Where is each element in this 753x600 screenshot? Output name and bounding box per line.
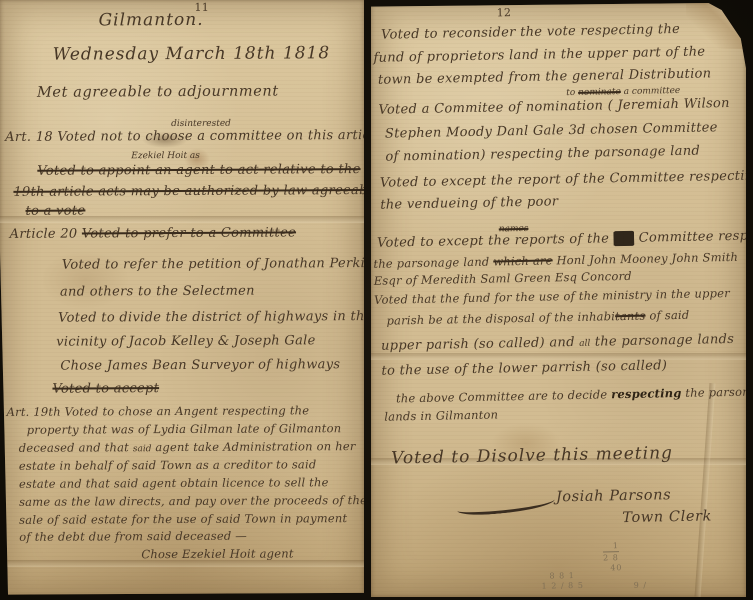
manuscript-line: 8 8 1 bbox=[549, 571, 575, 580]
manuscript-line-part: agent take Administration on her bbox=[151, 439, 355, 454]
manuscript-line-part: to bbox=[566, 88, 578, 98]
manuscript-line-part: ▇▇ bbox=[614, 231, 635, 246]
manuscript-line-part: nominate bbox=[578, 87, 621, 98]
manuscript-line: 1 2 / 8 5 bbox=[542, 581, 584, 591]
manuscript-line: Voted to divide the district of highways… bbox=[58, 309, 364, 326]
manuscript-line: Article 20 Voted to prefer to a Committe… bbox=[10, 225, 296, 241]
manuscript-line: Voted to except the reports of the ▇▇ Co… bbox=[377, 228, 746, 251]
manuscript-page-right: 12Voted to reconsider the vote respectin… bbox=[371, 3, 746, 597]
manuscript-line-part: the parsonage bbox=[681, 384, 746, 400]
manuscript-line: Voted to Disolve this meeting bbox=[391, 443, 673, 468]
manuscript-line-part: deceased and that bbox=[19, 440, 133, 455]
manuscript-line-part: Committee respecting bbox=[634, 228, 746, 246]
scanned-document: 11Gilmanton.Wednesday March 18th 1818Met… bbox=[0, 0, 753, 600]
manuscript-line: of the debt due from said deceased — bbox=[19, 529, 247, 544]
manuscript-line-part: all bbox=[579, 339, 590, 349]
manuscript-line: Josiah Parsons bbox=[556, 487, 672, 505]
manuscript-text-block: 12Voted to reconsider the vote respectin… bbox=[371, 3, 746, 597]
manuscript-line-part: Voted to prefer to a Committee bbox=[82, 225, 296, 241]
manuscript-line: Voted to accept bbox=[52, 381, 159, 397]
manuscript-line: Voted to except the report of the Commit… bbox=[380, 168, 746, 190]
manuscript-line: Chose James Bean Surveyor of highways bbox=[60, 357, 340, 373]
manuscript-line-part: upper parish (so called) and bbox=[381, 335, 579, 354]
manuscript-line: 9 / bbox=[634, 581, 647, 590]
manuscript-line: 1 bbox=[613, 541, 619, 550]
manuscript-line: the above Committee are to decide respec… bbox=[396, 384, 746, 405]
manuscript-line: Met agreeable to adjournment bbox=[37, 83, 279, 100]
manuscript-line: town be exempted from the general Distri… bbox=[378, 66, 712, 87]
manuscript-line: property that was of Lydia Gilman late o… bbox=[27, 421, 342, 437]
manuscript-line: same as the law directs, and pay over th… bbox=[19, 493, 364, 509]
manuscript-line: Voted that the fund for the use of the m… bbox=[374, 286, 730, 307]
manuscript-line-part: said bbox=[133, 444, 152, 454]
manuscript-line: Chose Ezekiel Hoit agent bbox=[141, 546, 293, 561]
manuscript-line: the vendueing of the poor bbox=[380, 194, 558, 212]
manuscript-line: deceased and that said agent take Admini… bbox=[19, 439, 356, 455]
manuscript-line: 12 bbox=[496, 6, 511, 19]
manuscript-page-left: 11Gilmanton.Wednesday March 18th 1818Met… bbox=[0, 0, 364, 597]
manuscript-line: disinterested bbox=[171, 119, 231, 129]
manuscript-line-part: tants bbox=[615, 309, 646, 324]
manuscript-line: parish be at the disposal of the inhabit… bbox=[386, 308, 689, 328]
manuscript-line: of nomination) respecting the parsonage … bbox=[385, 144, 700, 165]
manuscript-line-part: parish be at the disposal of the inhabi bbox=[386, 309, 615, 327]
manuscript-line: estate in behalf of said Town as a credi… bbox=[19, 457, 317, 473]
manuscript-line: Voted to reconsider the vote respecting … bbox=[381, 22, 680, 43]
manuscript-line-part: a committee bbox=[621, 86, 681, 97]
manuscript-line-part: respecting bbox=[611, 386, 682, 401]
manuscript-line: Gilmanton. bbox=[98, 10, 203, 31]
manuscript-line: the parsonage land which are Honl John M… bbox=[373, 250, 738, 271]
manuscript-line: sale of said estate for the use of said … bbox=[19, 511, 347, 527]
manuscript-line: 40 bbox=[610, 563, 622, 572]
manuscript-line: lands in Gilmanton bbox=[384, 407, 498, 423]
manuscript-line: 19th article acts may be authorized by l… bbox=[13, 183, 364, 200]
manuscript-line: to a vote bbox=[26, 204, 86, 219]
manuscript-line-part: of said bbox=[645, 308, 689, 323]
manuscript-line-part: Article 20 bbox=[10, 227, 82, 242]
manuscript-line: and others to the Selectmen bbox=[60, 284, 255, 300]
manuscript-line: Art. 18 Voted not to choose a committee … bbox=[5, 128, 364, 145]
manuscript-line: Art. 19th Voted to chose an Angent respe… bbox=[7, 403, 310, 419]
manuscript-line-part: the above Committee are to decide bbox=[396, 387, 611, 405]
manuscript-line-part: Voted to except the reports of the bbox=[377, 231, 614, 251]
manuscript-line: fund of proprietors land in the upper pa… bbox=[373, 44, 705, 65]
manuscript-line: Ezekiel Hoit as bbox=[131, 151, 200, 161]
manuscript-line: vicinity of Jacob Kelley & Joseph Gale bbox=[56, 333, 315, 349]
manuscript-line: Stephen Moody Danl Gale 3d chosen Commit… bbox=[385, 120, 718, 141]
manuscript-line: upper parish (so called) and all the par… bbox=[381, 332, 734, 354]
manuscript-line: to the use of the lower parrish (so call… bbox=[381, 358, 667, 378]
manuscript-line: Esqr of Meredith Saml Green Esq Concord bbox=[374, 269, 632, 288]
manuscript-line: 2 8 bbox=[603, 551, 619, 562]
manuscript-line: Voted a Commitee of nomination ( Jeremia… bbox=[378, 96, 730, 118]
manuscript-line-part: which are bbox=[493, 253, 553, 268]
manuscript-line: Voted to refer the petition of Jonathan … bbox=[62, 256, 364, 273]
manuscript-line-part: the parsonage land bbox=[373, 255, 493, 271]
manuscript-line-part: Honl John Mooney John Smith bbox=[553, 250, 739, 268]
manuscript-line: Voted to appoint an agent to act relativ… bbox=[37, 162, 360, 179]
manuscript-line: estate and that said agent obtain licenc… bbox=[19, 475, 329, 491]
manuscript-line: Town Clerk bbox=[622, 508, 712, 526]
manuscript-line: Wednesday March 18th 1818 bbox=[53, 43, 331, 64]
manuscript-line-part: the parsonage lands bbox=[590, 332, 734, 350]
manuscript-text-block: 11Gilmanton.Wednesday March 18th 1818Met… bbox=[0, 0, 364, 597]
